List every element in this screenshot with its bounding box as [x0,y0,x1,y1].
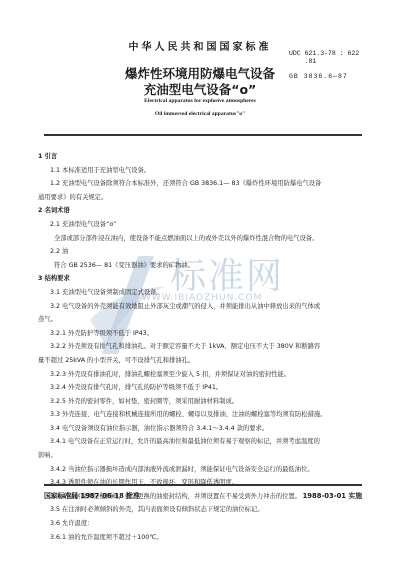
clause-line: 3.4 电气设备须设有油位指示器，油位指示器须符合 3.4.1～3.4.4 款的… [38,422,364,436]
clause-line: 3.1 充油型电气设备须制成固定式设备。 [38,286,364,300]
clause-line: 符合 GB 2536— 81《变压器油》要求的矿物油。 [38,259,364,273]
section-heading: 3 结构要求 [38,272,364,286]
clause-line: 3.6.1 油的允许温度须不超过＋100℃。 [38,531,364,545]
effective-date: 1988-03-01 实施 [303,490,362,500]
clause-line: 3.2.4 外壳设有排气孔时，排气孔的防护等级须不低于 IP41。 [38,381,364,395]
title-en-line-2: Oil immersed electrical apparatus"o" [0,111,400,117]
clause-line: 1.2 充油型电气设备除须符合本标准外，还须符合 GB 3836.1— 83《爆… [38,177,364,191]
clause-line: 2.2 油 [38,245,364,259]
footer-divider [44,484,362,486]
clause-line: 全部或部分部件浸在油内，使设备不能点燃油面以上的或外壳以外的爆炸性混合物的电气设… [38,232,364,246]
clause-line: 3.4.1 电气设备在正常运行时，允许的最高油位和最低油位须有易于观察的标记，并… [38,435,364,449]
clause-line: 3.6 允许温度： [38,517,364,531]
title-en-line-1: Electrical apparatus for explosive atmos… [0,98,400,104]
clause-line: 量不超过 25kVA 的小型开关，可不设排气孔和排油孔。 [38,354,364,368]
udc-line-1: UDC 621.3-78 : 622 [289,50,359,58]
clause-line: 3.2 电气设备的外壳须能有效地阻止外部灰尘或潮气的侵入，并须能排出从油中释放出… [38,300,364,314]
clause-line: 3.3 外壳连接、电气连接和机械连接所用的螺栓、螺母以及排油、注油的螺栓塞等均须… [38,408,364,422]
clause-line: 3.2.2 外壳须设有排气孔和排油孔。对于额定容量不大于 1kVA、额定电压不大… [38,340,364,354]
section-heading: 1 引言 [38,150,364,164]
header-divider [44,134,362,136]
clause-line: 2.1 充油型电气设备“o” [38,218,364,232]
standard-document-page: 中华人民共和国国家标准 UDC 621.3-78 : 622 .81 GB 38… [0,0,400,566]
clause-line: 3.2.5 外壳的密封零件，如衬垫、密封圈等，须采用耐油材料制成。 [38,395,364,409]
clause-line: 3.4.2 当油位指示器损坏造成内部油液外流或泄漏时，须能保证电气设备安全运行的… [38,463,364,477]
clause-line: 影响。 [38,449,364,463]
section-heading: 2 名词术语 [38,204,364,218]
clause-line: 3.5 在注油时必须倾斜的外壳，其内表面须设有倾斜状态下规定的油位标记。 [38,503,364,517]
approval-date: 国家标准局 1987-06-18 批准 [44,490,140,500]
title-cn-line-2: 充油型电气设备“o” [0,80,400,98]
clause-line: 1.1 本标准适用于充油型电气设备。 [38,164,364,178]
clause-line: 3.2.1 外壳防护等级须不低于 IP43。 [38,327,364,341]
clause-line: 通用要求》的有关规定。 [38,191,364,205]
clause-line: 3.2.3 外壳设有排油孔时，排油孔螺栓塞须至少旋入 5 扣，并须保证对油的密封… [38,368,364,382]
clause-line: 蒸气。 [38,313,364,327]
